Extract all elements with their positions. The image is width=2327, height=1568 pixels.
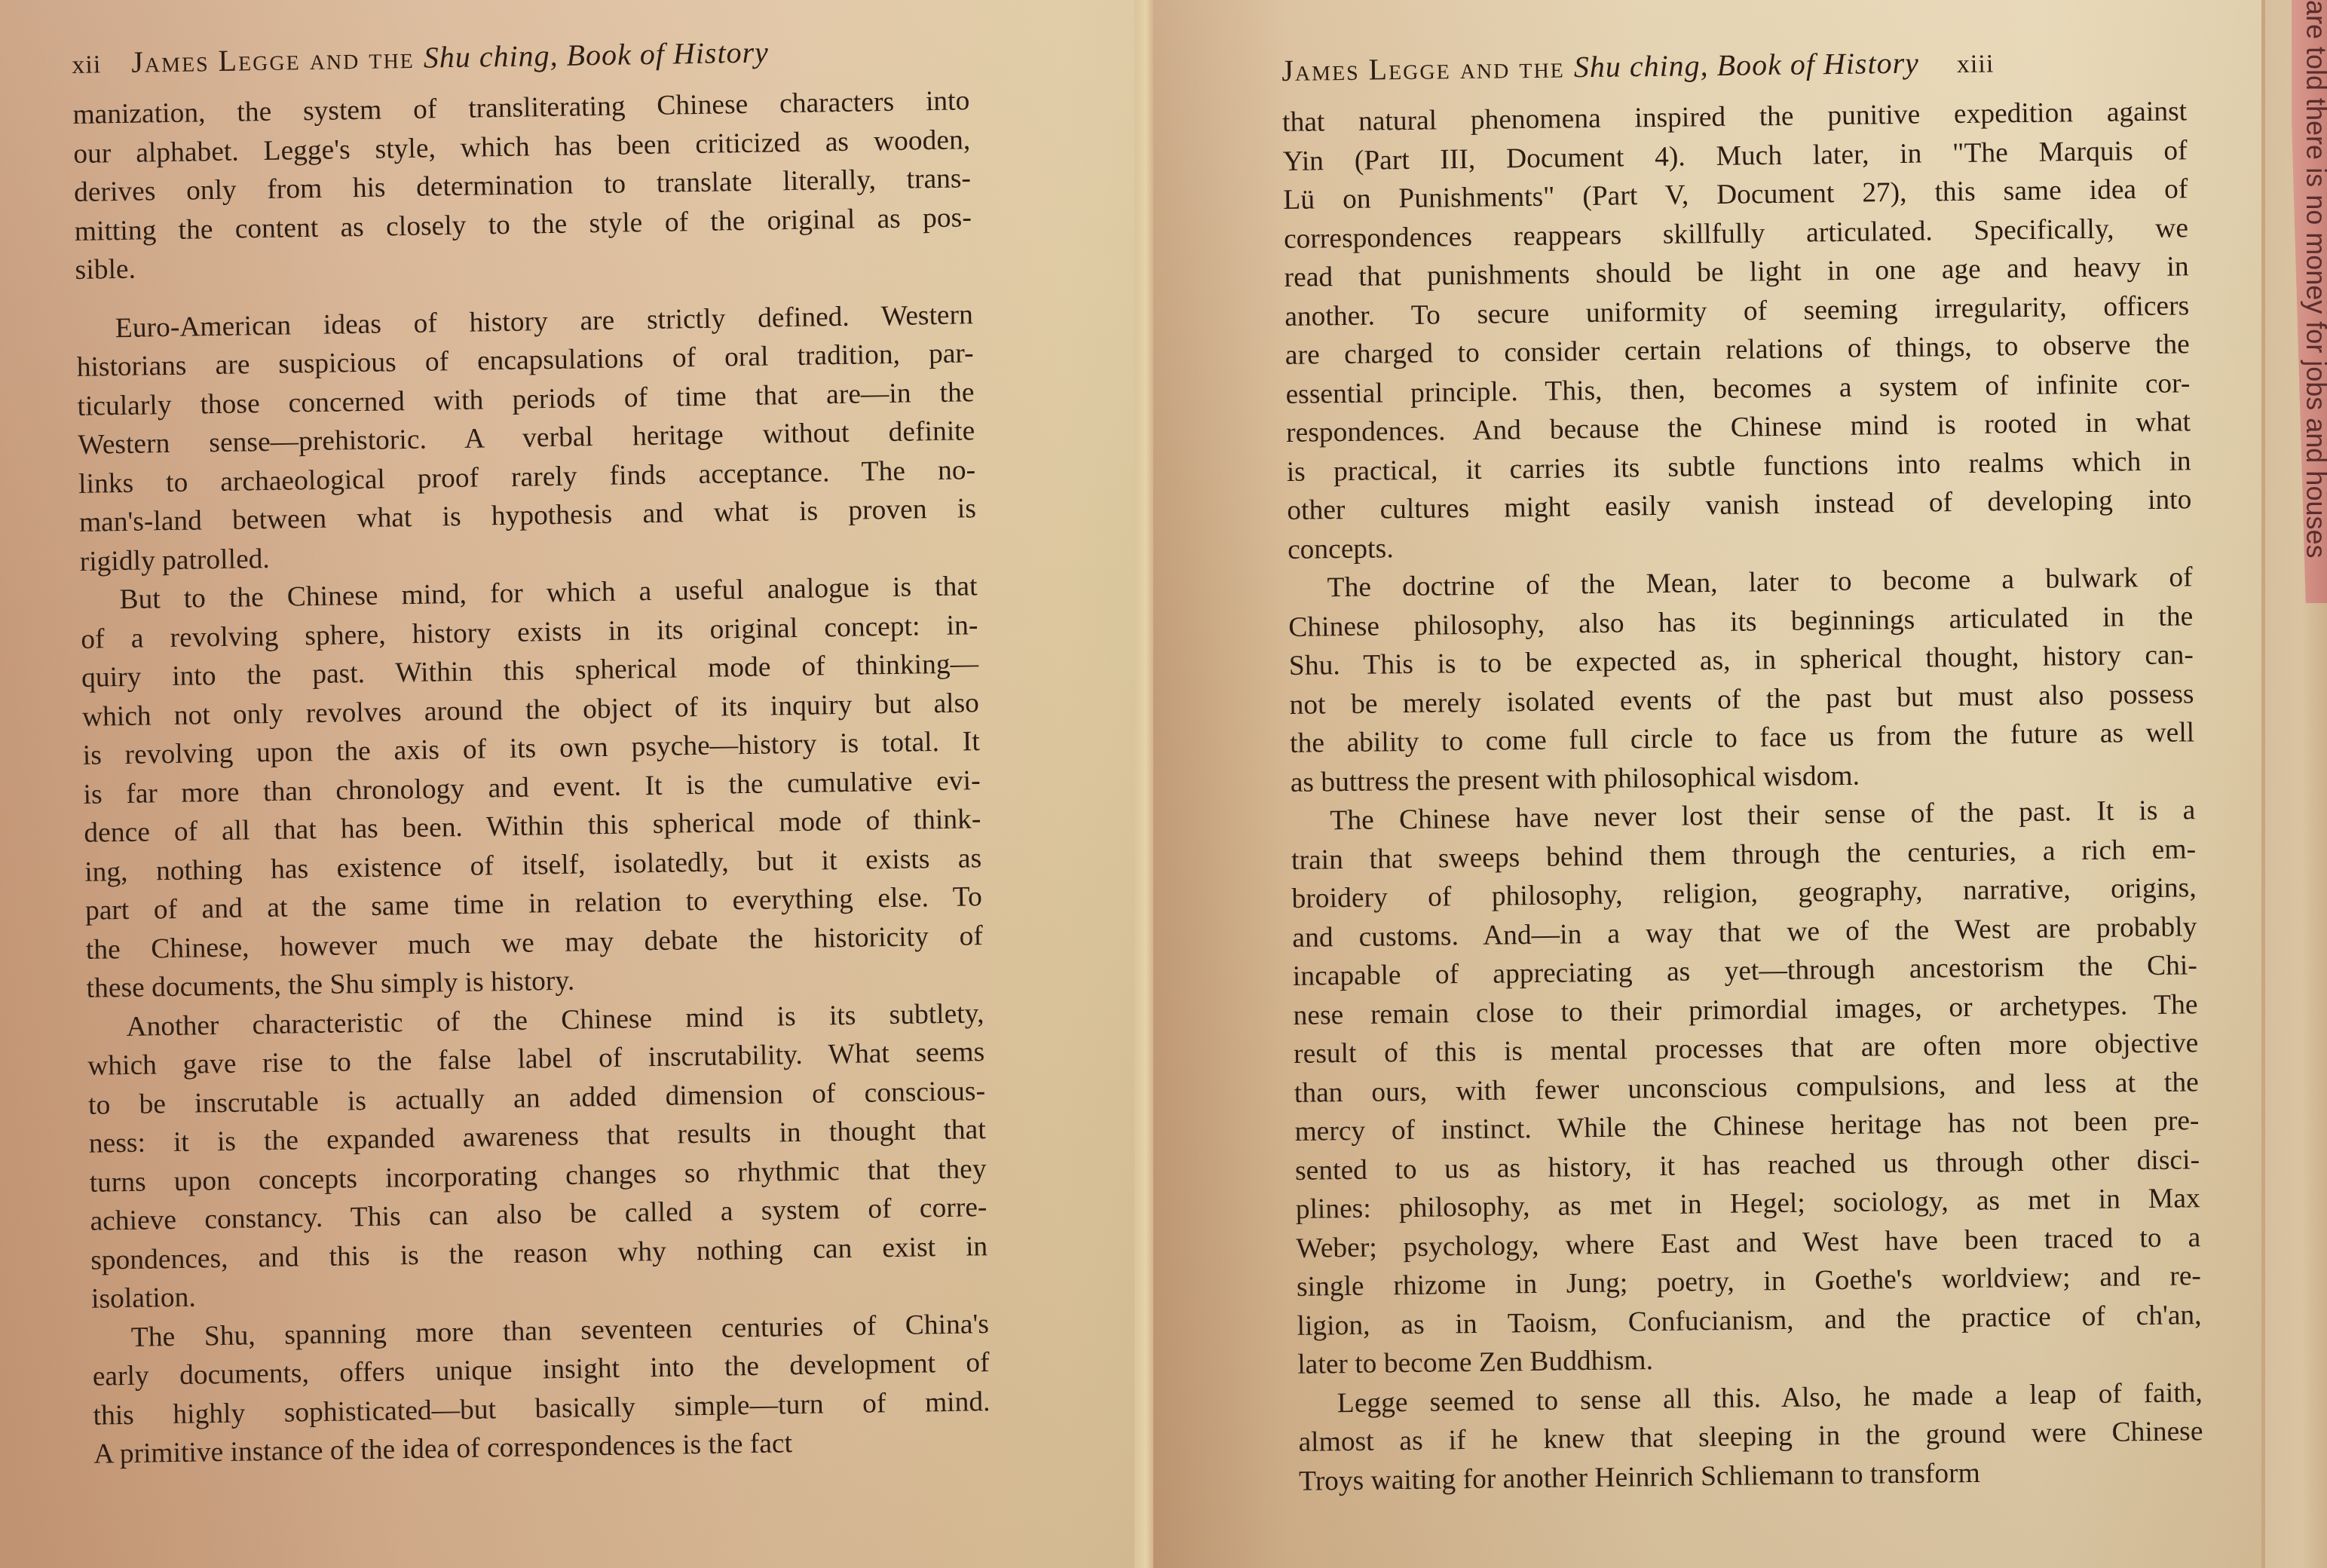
right-page-content: James Legge and the Shu ching, Book of H… xyxy=(1281,41,2203,1501)
paragraph: Another characteristic of the Chinese mi… xyxy=(87,994,988,1319)
open-book-spread: are told there is no money for jobs and … xyxy=(0,0,2327,1568)
bookmark-text: are told there is no money for jobs and … xyxy=(2301,0,2327,573)
running-head-caps: James Legge and the xyxy=(131,40,415,80)
paragraph: that natural phenomena inspired the puni… xyxy=(1282,92,2192,569)
left-page-number: xii xyxy=(72,51,101,80)
running-head-title: Shu ching, Book of History xyxy=(1574,45,1920,85)
left-page-content: xii James Legge and the Shu ching, Book … xyxy=(72,31,991,1474)
paragraph: The Shu, spanning more than seventeen ce… xyxy=(92,1305,991,1475)
running-head-caps: James Legge and the xyxy=(1281,49,1565,88)
paragraph: manization, the system of transliteratin… xyxy=(72,81,972,289)
right-body-text: that natural phenomena inspired the puni… xyxy=(1282,92,2204,1501)
paragraph: Legge seemed to sense all this. Also, he… xyxy=(1298,1374,2204,1501)
paragraph: But to the Chinese mind, for which a use… xyxy=(80,567,984,1008)
left-body-text: manization, the system of transliteratin… xyxy=(72,81,991,1474)
paragraph: Euro-American ideas of history are stric… xyxy=(76,296,978,581)
running-head-title: Shu ching, Book of History xyxy=(423,34,769,75)
paragraph: The doctrine of the Mean, later to becom… xyxy=(1288,558,2195,802)
paragraph: The Chinese have never lost their sense … xyxy=(1291,791,2202,1384)
right-page-number: xiii xyxy=(1957,50,1995,79)
